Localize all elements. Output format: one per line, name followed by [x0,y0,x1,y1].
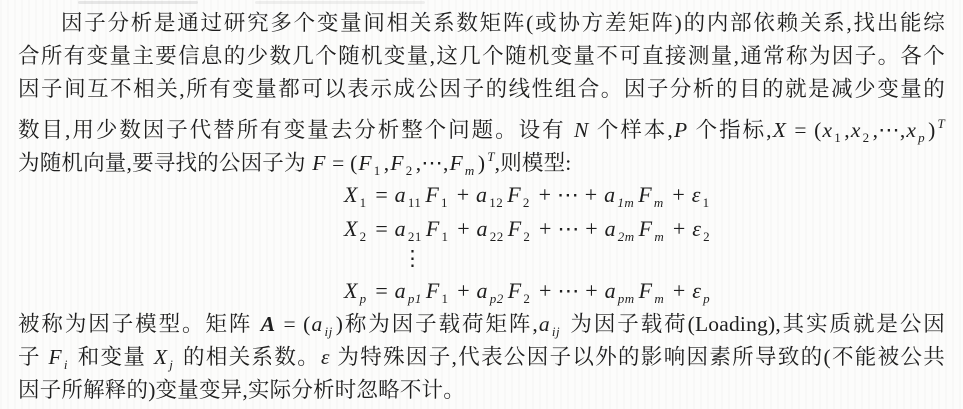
math-run: a [394,182,407,207]
math-run: 2 [702,229,713,244]
math-run: a [311,312,324,336]
math-run: p2 [489,291,507,306]
math-run: pm [617,291,638,306]
math-run: F [48,345,63,369]
text-run: 因子所解释的)变量变异,实际分析时忽略不计。 [18,378,465,402]
text-run: 合所有变量主要信息的少数几个随机变量,这几个随机变量不可直接测量,通常称为因子。… [18,44,945,68]
model-equation-2: X2 = a21F1 + a22F2 + ⋯ + a2mFm + ε2 [18,212,945,246]
math-run: p [917,130,928,145]
math-run: p1 [407,291,425,306]
text-run: 因子间互不相关,所有变量都可以表示成公因子的线性组合。因子分析的目的就是减少变量… [18,77,945,101]
math-run: F [638,216,654,241]
math-run: m [653,195,667,210]
math-run: T [485,149,494,164]
math-run: 1 [441,229,452,244]
math-run: X [343,278,359,303]
text-run: 的相关系数。 [176,345,320,369]
scan-artifact [78,1,198,4]
para-1-line-2: 合所有变量主要信息的少数几个随机变量,这几个随机变量不可直接测量,通常称为因子。… [18,40,945,73]
text-run: )称为因子载荷矩阵, [336,312,538,336]
text-run: 因子分析是通过研究多个变量间相关系数矩阵(或协方差矩阵)的内部依赖关系,找出能综 [61,11,945,35]
text-run: ⋮ [402,246,423,270]
text-run: = [370,182,394,207]
text-run: 个样本, [590,118,673,142]
math-run: T [936,116,945,131]
text-run: ,⋯, [873,118,906,142]
math-run: ε [691,182,702,207]
math-run: 12 [488,195,506,210]
math-run: 21 [407,229,425,244]
math-run: m [653,229,667,244]
math-run: 1 [702,195,713,210]
text-run: + [667,216,691,241]
math-run: F [311,151,326,175]
math-run: F [637,182,653,207]
math-run: 1 [373,163,384,178]
para-2-line-1: 被称为因子模型。矩阵 A = (aij)称为因子载荷矩阵,aij 为因子载荷(L… [18,308,945,341]
math-run: a [394,278,407,303]
text-run: + ⋯ + [533,278,603,303]
math-run: 2m [617,229,638,244]
math-run: a [394,216,407,241]
para-1-line-4: 数目,用少数因子代替所有变量去分析整个问题。设有 N 个样本,P 个指标,X =… [18,107,945,140]
text-run: ) [928,118,935,142]
math-run: F [389,151,404,175]
math-run: 1m [616,195,637,210]
math-run: a [538,312,551,336]
vertical-ellipsis: ⋮ [18,246,945,274]
math-run: F [449,151,464,175]
math-run: m [464,163,478,178]
text-run: + [451,182,475,207]
model-equation-p: Xp = ap1F1 + ap2F2 + ⋯ + apmFm + εp [18,274,945,308]
text-run: = ( [327,151,358,175]
para-2-line-3: 因子所解释的)变量变异,实际分析时忽略不计。 [18,374,945,407]
math-run: 2 [522,291,533,306]
math-run: ε [691,278,702,303]
text-run: = ( [787,118,821,142]
text-run: + [452,216,476,241]
text-run: 为因子载荷(Loading),其实质就是公因 [563,312,945,336]
text-lines: 因子分析是通过研究多个变量间相关系数矩阵(或协方差矩阵)的内部依赖关系,找出能综… [18,7,945,408]
para-1-line-3: 因子间互不相关,所有变量都可以表示成公因子的线性组合。因子分析的目的就是减少变量… [18,73,945,106]
math-run: ij [551,324,563,339]
math-run: a [476,216,489,241]
math-run: a [476,278,489,303]
text-run: , [844,118,850,142]
math-run: x [905,118,917,142]
text-run: + ⋯ + [533,182,603,207]
math-run: a [604,216,617,241]
math-run: ε [691,216,702,241]
text-run: = [370,278,394,303]
text-run: ,⋯, [416,151,449,175]
text-run: 为随机向量,要寻找的公因子为 [18,151,311,175]
math-run: 2 [359,229,370,244]
math-run: 2 [405,163,416,178]
math-run: F [506,182,522,207]
text-run: = ( [276,312,310,336]
model-equation-1: X1 = a11F1 + a12F2 + ⋯ + a1mFm + ε1 [18,178,945,212]
math-run: X [343,216,359,241]
text-run: = [370,216,394,241]
text-run: 被称为因子模型。矩阵 [18,312,260,336]
math-run: a [475,182,488,207]
math-run: m [653,291,667,306]
math-run: 11 [407,195,425,210]
text-run: 为特殊因子,代表公因子以外的影响因素所导致的(不能被公共 [331,345,945,369]
math-run: N [573,118,590,142]
math-run: F [425,278,441,303]
math-run: P [673,118,688,142]
math-run: i [63,357,71,372]
math-run: x [821,118,833,142]
text-run: 个指标, [688,118,771,142]
math-run: 1 [359,195,370,210]
math-run: F [424,182,440,207]
scan-artifact [255,1,425,4]
math-run: p [359,291,370,306]
math-run: a [603,182,616,207]
math-run: X [772,118,787,142]
math-run: 1 [441,291,452,306]
math-run: F [638,278,654,303]
text-run: ,则模型: [495,151,572,175]
math-run: 1 [833,130,844,145]
text-run: + [667,182,691,207]
scanned-document-page: 因子分析是通过研究多个变量间相关系数矩阵(或协方差矩阵)的内部依赖关系,找出能综… [0,0,963,409]
math-run: X [153,345,168,369]
math-run: F [507,278,523,303]
text-run: 和变量 [71,345,153,369]
text-run: + [667,278,691,303]
math-run: a [604,278,617,303]
math-run: ij [324,324,336,339]
math-run: ε [320,345,331,369]
math-run: x [850,118,862,142]
math-run: F [425,216,441,241]
math-run: A [260,312,277,336]
math-run: 2 [522,195,533,210]
math-run: 22 [489,229,507,244]
math-run: 1 [440,195,451,210]
math-run: 2 [862,130,873,145]
para-2-line-2: 子 Fi 和变量 Xj 的相关系数。ε 为特殊因子,代表公因子以外的影响因素所导… [18,341,945,374]
text-run: 子 [18,345,48,369]
math-run: F [507,216,523,241]
para-1-line-1: 因子分析是通过研究多个变量间相关系数矩阵(或协方差矩阵)的内部依赖关系,找出能综 [18,7,945,40]
text-run: 数目,用少数因子代替所有变量去分析整个问题。设有 [18,118,573,142]
math-run: F [357,151,372,175]
math-run: p [702,291,713,306]
text-run: + [452,278,476,303]
math-run: X [343,182,359,207]
para-1-line-5: 为随机向量,要寻找的公因子为 F = (F1,F2,⋯,Fm)T,则模型: [18,140,945,173]
text-run: + ⋯ + [533,216,603,241]
math-run: 2 [522,229,533,244]
